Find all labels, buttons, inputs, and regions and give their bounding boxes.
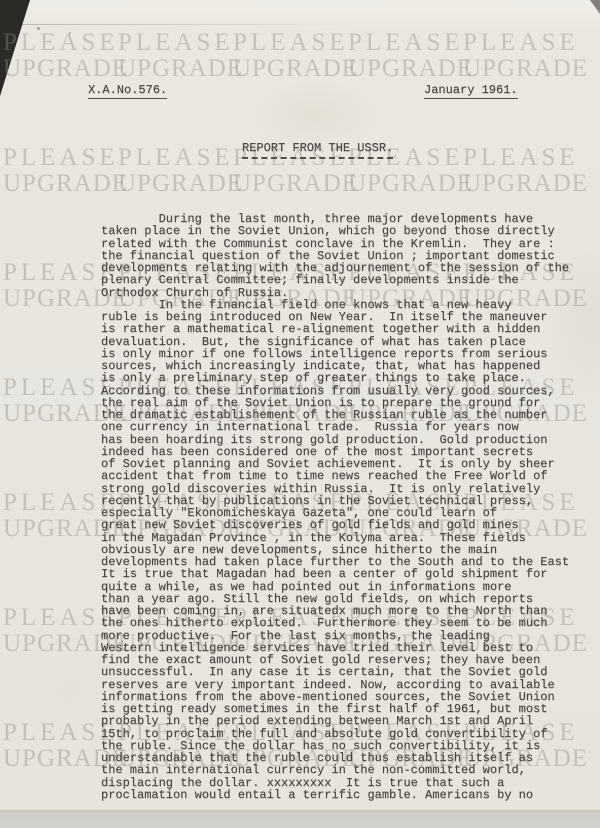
document-title: REPORT FROM THE USSR.	[242, 141, 393, 159]
scan-background-strip	[0, 811, 600, 828]
document-reference: X.A.No.576.	[88, 83, 167, 99]
scan-speck	[37, 27, 40, 30]
scan-speck	[69, 32, 71, 34]
document-date: January 1961.	[424, 83, 518, 99]
document-body-text: During the last month, three major devel…	[101, 213, 587, 801]
scanned-document-page: PLEASEUPGRADEPLEASEUPGRADEPLEASEUPGRADEP…	[0, 0, 600, 828]
